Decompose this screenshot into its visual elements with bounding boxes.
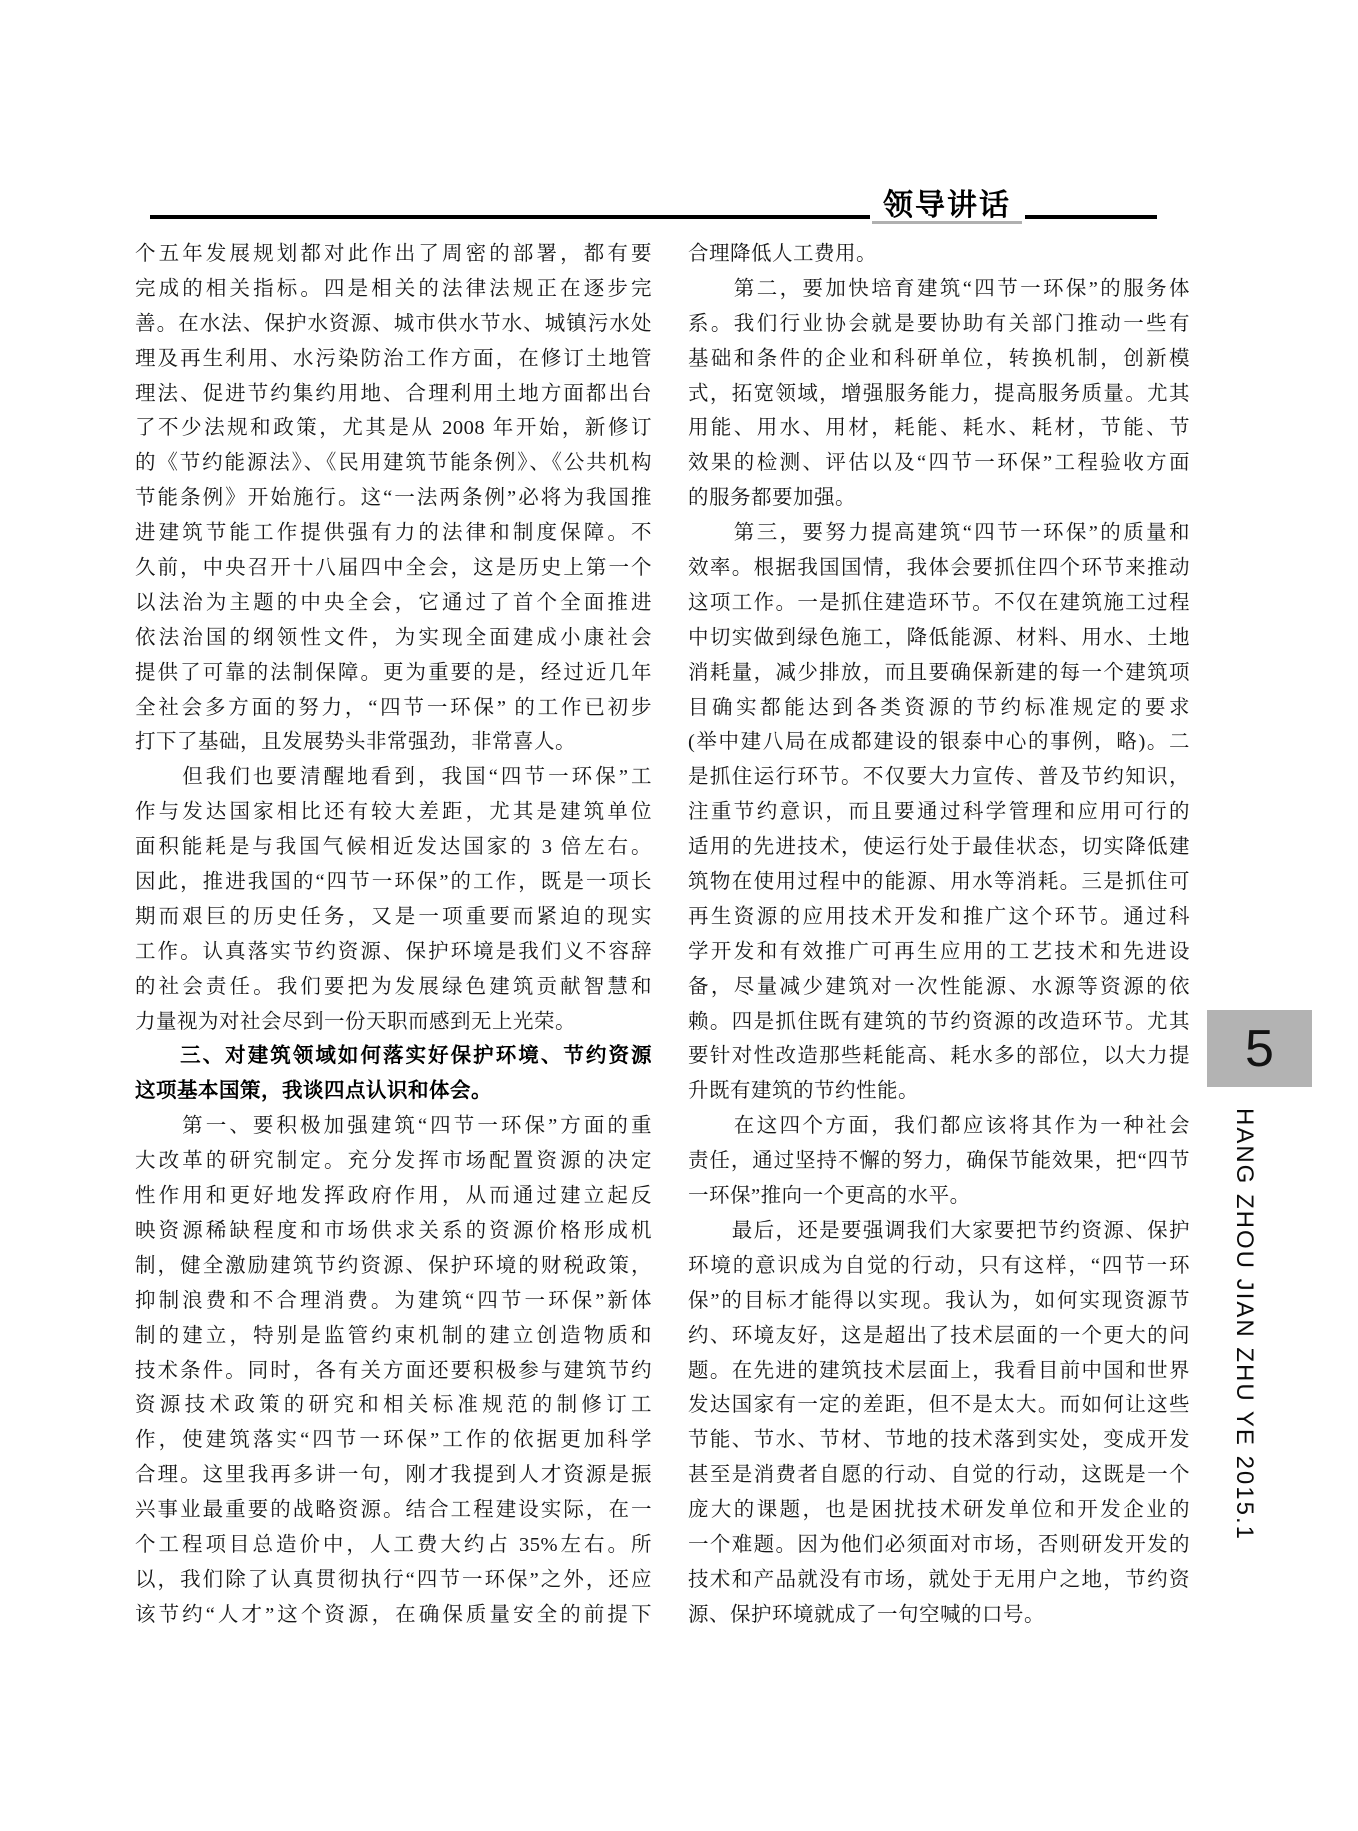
text-line: 工作。认真落实节约资源、保护环境是我们义不容辞 [135,935,652,970]
text-line: (举中建八局在成都建设的银泰中心的事例，略)。二 [688,725,1190,760]
text-line: 保”的目标才能得以实现。我认为，如何实现资源节 [688,1284,1190,1319]
text-line: 题。在先进的建筑技术层面上，我看目前中国和世界 [688,1354,1190,1389]
text-line: 该节约“人才”这个资源，在确保质量安全的前提下 [135,1598,652,1633]
text-line: 节能、节水、节材、节地的技术落到实处，变成开发商 [688,1423,1190,1458]
text-line: 庞大的课题，也是困扰技术研发单位和开发企业的 [688,1493,1190,1528]
text-line: 这项工作。一是抓住建造环节。不仅在建筑施工过程 [688,586,1190,621]
text-line: 善。在水法、保护水资源、城市供水节水、城镇污水处 [135,307,652,342]
text-line: 久前，中央召开十八届四中全会，这是历史上第一个 [135,551,652,586]
text-line: 筑物在使用过程中的能源、用水等消耗。三是抓住可 [688,865,1190,900]
text-line: 升既有建筑的节约性能。 [688,1074,1190,1109]
text-line: 环境的意识成为自觉的行动，只有这样，“四节一环 [688,1249,1190,1284]
text-line: 理及再生利用、水污染防治工作方面，在修订土地管 [135,342,652,377]
text-line: 效果的检测、评估以及“四节一环保”工程验收方面 [688,446,1190,481]
text-line: 映资源稀缺程度和市场供求关系的资源价格形成机 [135,1214,652,1249]
text-line: 甚至是消费者自愿的行动、自觉的行动，这既是一个 [688,1458,1190,1493]
text-line: 制的建立，特别是监管约束机制的建立创造物质和 [135,1319,652,1354]
text-line: 赖。四是抓住既有建筑的节约资源的改造环节。尤其 [688,1005,1190,1040]
text-line: 一环保”推向一个更高的水平。 [688,1179,1190,1214]
text-line: 个五年发展规划都对此作出了周密的部署，都有要 [135,237,652,272]
text-line: 以，我们除了认真贯彻执行“四节一环保”之外，还应 [135,1563,652,1598]
text-line: 节能条例》开始施行。这“一法两条例”必将为我国推 [135,481,652,516]
text-line: 学开发和有效推广可再生应用的工艺技术和先进设 [688,935,1190,970]
text-line: 的社会责任。我们要把为发展绿色建筑贡献智慧和 [135,970,652,1005]
text-line: 这项基本国策，我谈四点认识和体会。 [135,1074,652,1109]
text-line: 目确实都能达到各类资源的节约标准规定的要求 [688,691,1190,726]
text-line: 完成的相关指标。四是相关的法律法规正在逐步完 [135,272,652,307]
text-line: 个工程项目总造价中，人工费大约占 35%左右。所 [135,1528,652,1563]
text-line: 消耗量，减少排放，而且要确保新建的每一个建筑项 [688,656,1190,691]
text-line: 约、环境友好，这是超出了技术层面的一个更大的问 [688,1319,1190,1354]
text-line: 但我们也要清醒地看到，我国“四节一环保”工 [135,760,652,795]
text-line: 期而艰巨的历史任务，又是一项重要而紧迫的现实 [135,900,652,935]
text-line: 以法治为主题的中央全会，它通过了首个全面推进 [135,586,652,621]
text-line: 理法、促进节约集约用地、合理利用土地方面都出台 [135,377,652,412]
text-line: 兴事业最重要的战略资源。结合工程建设实际，在一 [135,1493,652,1528]
text-line: 进建筑节能工作提供强有力的法律和制度保障。不 [135,516,652,551]
text-line: 提供了可靠的法制保障。更为重要的是，经过近几年 [135,656,652,691]
text-line: 了不少法规和政策，尤其是从 2008 年开始，新修订 [135,411,652,446]
text-line: 合理降低人工费用。 [688,237,1190,272]
text-line: 注重节约意识，而且要通过科学管理和应用可行的 [688,795,1190,830]
text-line: 作，使建筑落实“四节一环保”工作的依据更加科学 [135,1423,652,1458]
text-line: 最后，还是要强调我们大家要把节约资源、保护 [688,1214,1190,1249]
text-line: 第三，要努力提高建筑“四节一环保”的质量和 [688,516,1190,551]
text-line: 发达国家有一定的差距，但不是太大。而如何让这些 [688,1388,1190,1423]
header-rule-right [1025,215,1157,219]
text-line: 责任，通过坚持不懈的努力，确保节能效果，把“四节 [688,1144,1190,1179]
text-line: 制，健全激励建筑节约资源、保护环境的财税政策， [135,1249,652,1284]
text-line: 全社会多方面的努力，“四节一环保” 的工作已初步 [135,691,652,726]
text-line: 在这四个方面，我们都应该将其作为一种社会 [688,1109,1190,1144]
text-line: 系。我们行业协会就是要协助有关部门推动一些有 [688,307,1190,342]
text-line: 适用的先进技术，使运行处于最佳状态，切实降低建 [688,830,1190,865]
text-line: 的服务都要加强。 [688,481,1190,516]
section-title-underline [872,221,1022,224]
text-line: 用能、用水、用材，耗能、耗水、耗材，节能、节水、节材 [688,411,1190,446]
text-line: 三、对建筑领域如何落实好保护环境、节约资源 [135,1039,652,1074]
text-line: 式，拓宽领域，增强服务能力，提高服务质量。尤其在 [688,377,1190,412]
text-line: 资源技术政策的研究和相关标准规范的制修订工 [135,1388,652,1423]
text-line: 第二，要加快培育建筑“四节一环保”的服务体 [688,272,1190,307]
text-line: 合理。这里我再多讲一句，刚才我提到人才资源是振 [135,1458,652,1493]
text-line: 技术和产品就没有市场，就处于无用户之地，节约资 [688,1563,1190,1598]
text-line: 中切实做到绿色施工，降低能源、材料、用水、土地的 [688,621,1190,656]
text-line: 基础和条件的企业和科研单位，转换机制，创新模 [688,342,1190,377]
text-line: 技术条件。同时，各有关方面还要积极参与建筑节约 [135,1354,652,1389]
section-title: 领导讲话 [868,180,1026,224]
journal-spine-text: HANG ZHOU JIAN ZHU YE 2015.1 [1222,1108,1258,1588]
text-line: 源、保护环境就成了一句空喊的口号。 [688,1598,1190,1633]
page-number: 5 [1245,1023,1274,1075]
text-line: 是抓住运行环节。不仅要大力宣传、普及节约知识， [688,760,1190,795]
text-line: 力量视为对社会尽到一份天职而感到无上光荣。 [135,1005,652,1040]
text-line: 第一、要积极加强建筑“四节一环保”方面的重 [135,1109,652,1144]
text-line: 作与发达国家相比还有较大差距，尤其是建筑单位 [135,795,652,830]
text-line: 性作用和更好地发挥政府作用，从而通过建立起反 [135,1179,652,1214]
text-line: 效率。根据我国国情，我体会要抓住四个环节来推动 [688,551,1190,586]
text-line: 面积能耗是与我国气候相近发达国家的 3 倍左右。 [135,830,652,865]
text-line: 依法治国的纲领性文件，为实现全面建成小康社会 [135,621,652,656]
text-line: 因此，推进我国的“四节一环保”的工作，既是一项长 [135,865,652,900]
text-line: 一个难题。因为他们必须面对市场，否则研发开发的 [688,1528,1190,1563]
text-line: 抑制浪费和不合理消费。为建筑“四节一环保”新体 [135,1284,652,1319]
text-line: 的《节约能源法》、《民用建筑节能条例》、《公共机构 [135,446,652,481]
page-number-box: 5 [1207,1010,1312,1087]
text-line: 打下了基础，且发展势头非常强劲，非常喜人。 [135,725,652,760]
article-column-right: 合理降低人工费用。 第二，要加快培育建筑“四节一环保”的服务体系。我们行业协会就… [688,237,1190,1633]
text-line: 大改革的研究制定。充分发挥市场配置资源的决定 [135,1144,652,1179]
article-column-left: 个五年发展规划都对此作出了周密的部署，都有要完成的相关指标。四是相关的法律法规正… [135,237,652,1633]
text-line: 备，尽量减少建筑对一次性能源、水源等资源的依 [688,970,1190,1005]
text-line: 再生资源的应用技术开发和推广这个环节。通过科 [688,900,1190,935]
text-line: 要针对性改造那些耗能高、耗水多的部位，以大力提 [688,1039,1190,1074]
header-rule-left [150,215,870,219]
